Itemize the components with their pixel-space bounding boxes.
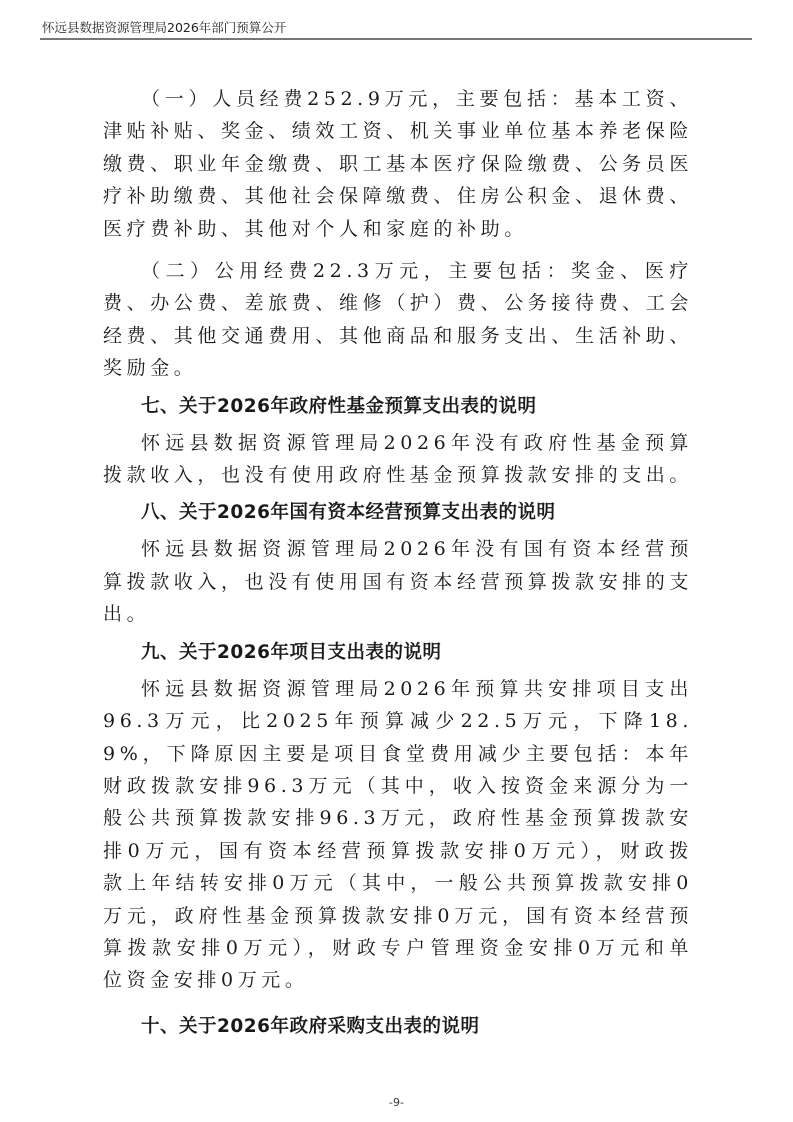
paragraph-section-7: 怀远县数据资源管理局2026年没有政府性基金预算拨款收入，也没有使用政府性基金预… [103,427,693,492]
spacer [103,245,693,255]
section-heading-8: 八、关于2026年国有资本经营预算支出表的说明 [103,497,693,529]
section-heading-7: 七、关于2026年政府性基金预算支出表的说明 [103,391,693,423]
paragraph-section-8: 怀远县数据资源管理局2026年没有国有资本经营预算拨款收入，也没有使用国有资本经… [103,533,693,630]
header-divider [40,38,752,40]
document-header-title: 怀远县数据资源管理局2026年部门预算公开 [42,18,286,36]
page-number: -9- [0,1096,793,1109]
paragraph-personnel-expenses: （一）人员经费252.9万元，主要包括：基本工资、津贴补贴、奖金、绩效工资、机关… [103,83,693,245]
paragraph-section-9: 怀远县数据资源管理局2026年预算共安排项目支出96.3万元，比2025年预算减… [103,673,693,997]
section-heading-10: 十、关于2026年政府采购支出表的说明 [103,1011,693,1043]
section-heading-9: 九、关于2026年项目支出表的说明 [103,637,693,669]
paragraph-public-expenses: （二）公用经费22.3万元，主要包括：奖金、医疗费、办公费、差旅费、维修（护）费… [103,255,693,385]
document-body: （一）人员经费252.9万元，主要包括：基本工资、津贴补贴、奖金、绩效工资、机关… [103,83,693,1047]
